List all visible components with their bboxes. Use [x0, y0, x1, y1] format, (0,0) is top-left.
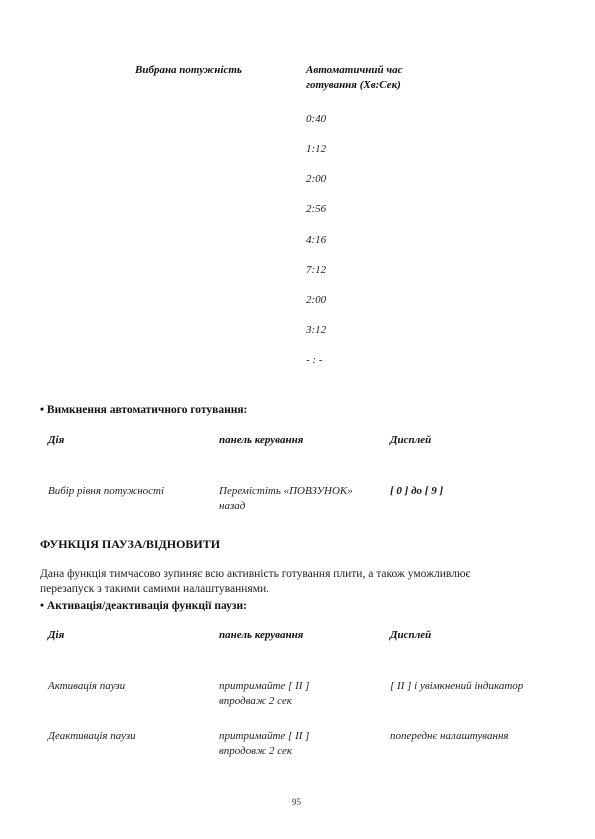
page-number: 95 [292, 797, 301, 807]
auto-off-heading: • Вимкнення автоматичного готування: [40, 404, 247, 416]
auto-time-value: 2:00 [306, 293, 326, 308]
pause-action-header: Дія [48, 628, 64, 643]
auto-off-row-panel-1: Перемістіть «ПОВЗУНОК» [219, 484, 353, 499]
auto-time-value: 2:00 [306, 172, 326, 187]
pause-row-deactivate-display: попереднє налаштування [390, 729, 509, 744]
auto-time-header-line1: Автоматичний час [306, 63, 402, 78]
pause-title: ФУНКЦІЯ ПАУЗА/ВІДНОВИТИ [40, 537, 220, 552]
auto-off-action-header: Дія [48, 433, 64, 448]
pause-description-2: перезапуск з такими самими налаштуванням… [40, 581, 269, 597]
pause-row-activate-display: [ II ] і увімкнений індикатор [390, 679, 523, 694]
auto-time-value: 0:40 [306, 112, 326, 127]
pause-panel-header: панель керування [219, 628, 303, 643]
pause-display-header: Дисплей [390, 628, 431, 643]
auto-time-value: 1:12 [306, 142, 326, 157]
auto-time-value: 7:12 [306, 263, 326, 278]
pause-row-activate-action: Активація паузи [48, 679, 125, 694]
pause-description-1: Дана функція тимчасово зупиняє всю актив… [40, 566, 470, 582]
auto-time-header-line2: готування (Хв:Сек) [306, 78, 401, 93]
auto-off-row-display: [ 0 ] до [ 9 ] [390, 484, 443, 499]
pause-row-deactivate-action: Деактивація паузи [48, 729, 136, 744]
auto-time-value: 4:16 [306, 233, 326, 248]
pause-row-deactivate-panel-1: притримайте [ II ] [219, 729, 309, 744]
selected-power-header: Вибрана потужність [135, 63, 242, 78]
pause-row-deactivate-panel-2: впродовж 2 сек [219, 744, 292, 759]
auto-time-value: 2:56 [306, 202, 326, 217]
auto-off-display-header: Дисплей [390, 433, 431, 448]
auto-time-value: 3:12 [306, 323, 326, 338]
auto-off-row-panel-2: назад [219, 499, 245, 514]
auto-off-panel-header: панель керування [219, 433, 303, 448]
pause-subheading: • Активація/деактивація функції паузи: [40, 600, 247, 612]
auto-off-row-action: Вибір рівня потужності [48, 484, 164, 499]
pause-row-activate-panel-1: притримайте [ II ] [219, 679, 309, 694]
auto-time-value: - : - [306, 353, 323, 368]
pause-row-activate-panel-2: впродваж 2 сек [219, 694, 292, 709]
